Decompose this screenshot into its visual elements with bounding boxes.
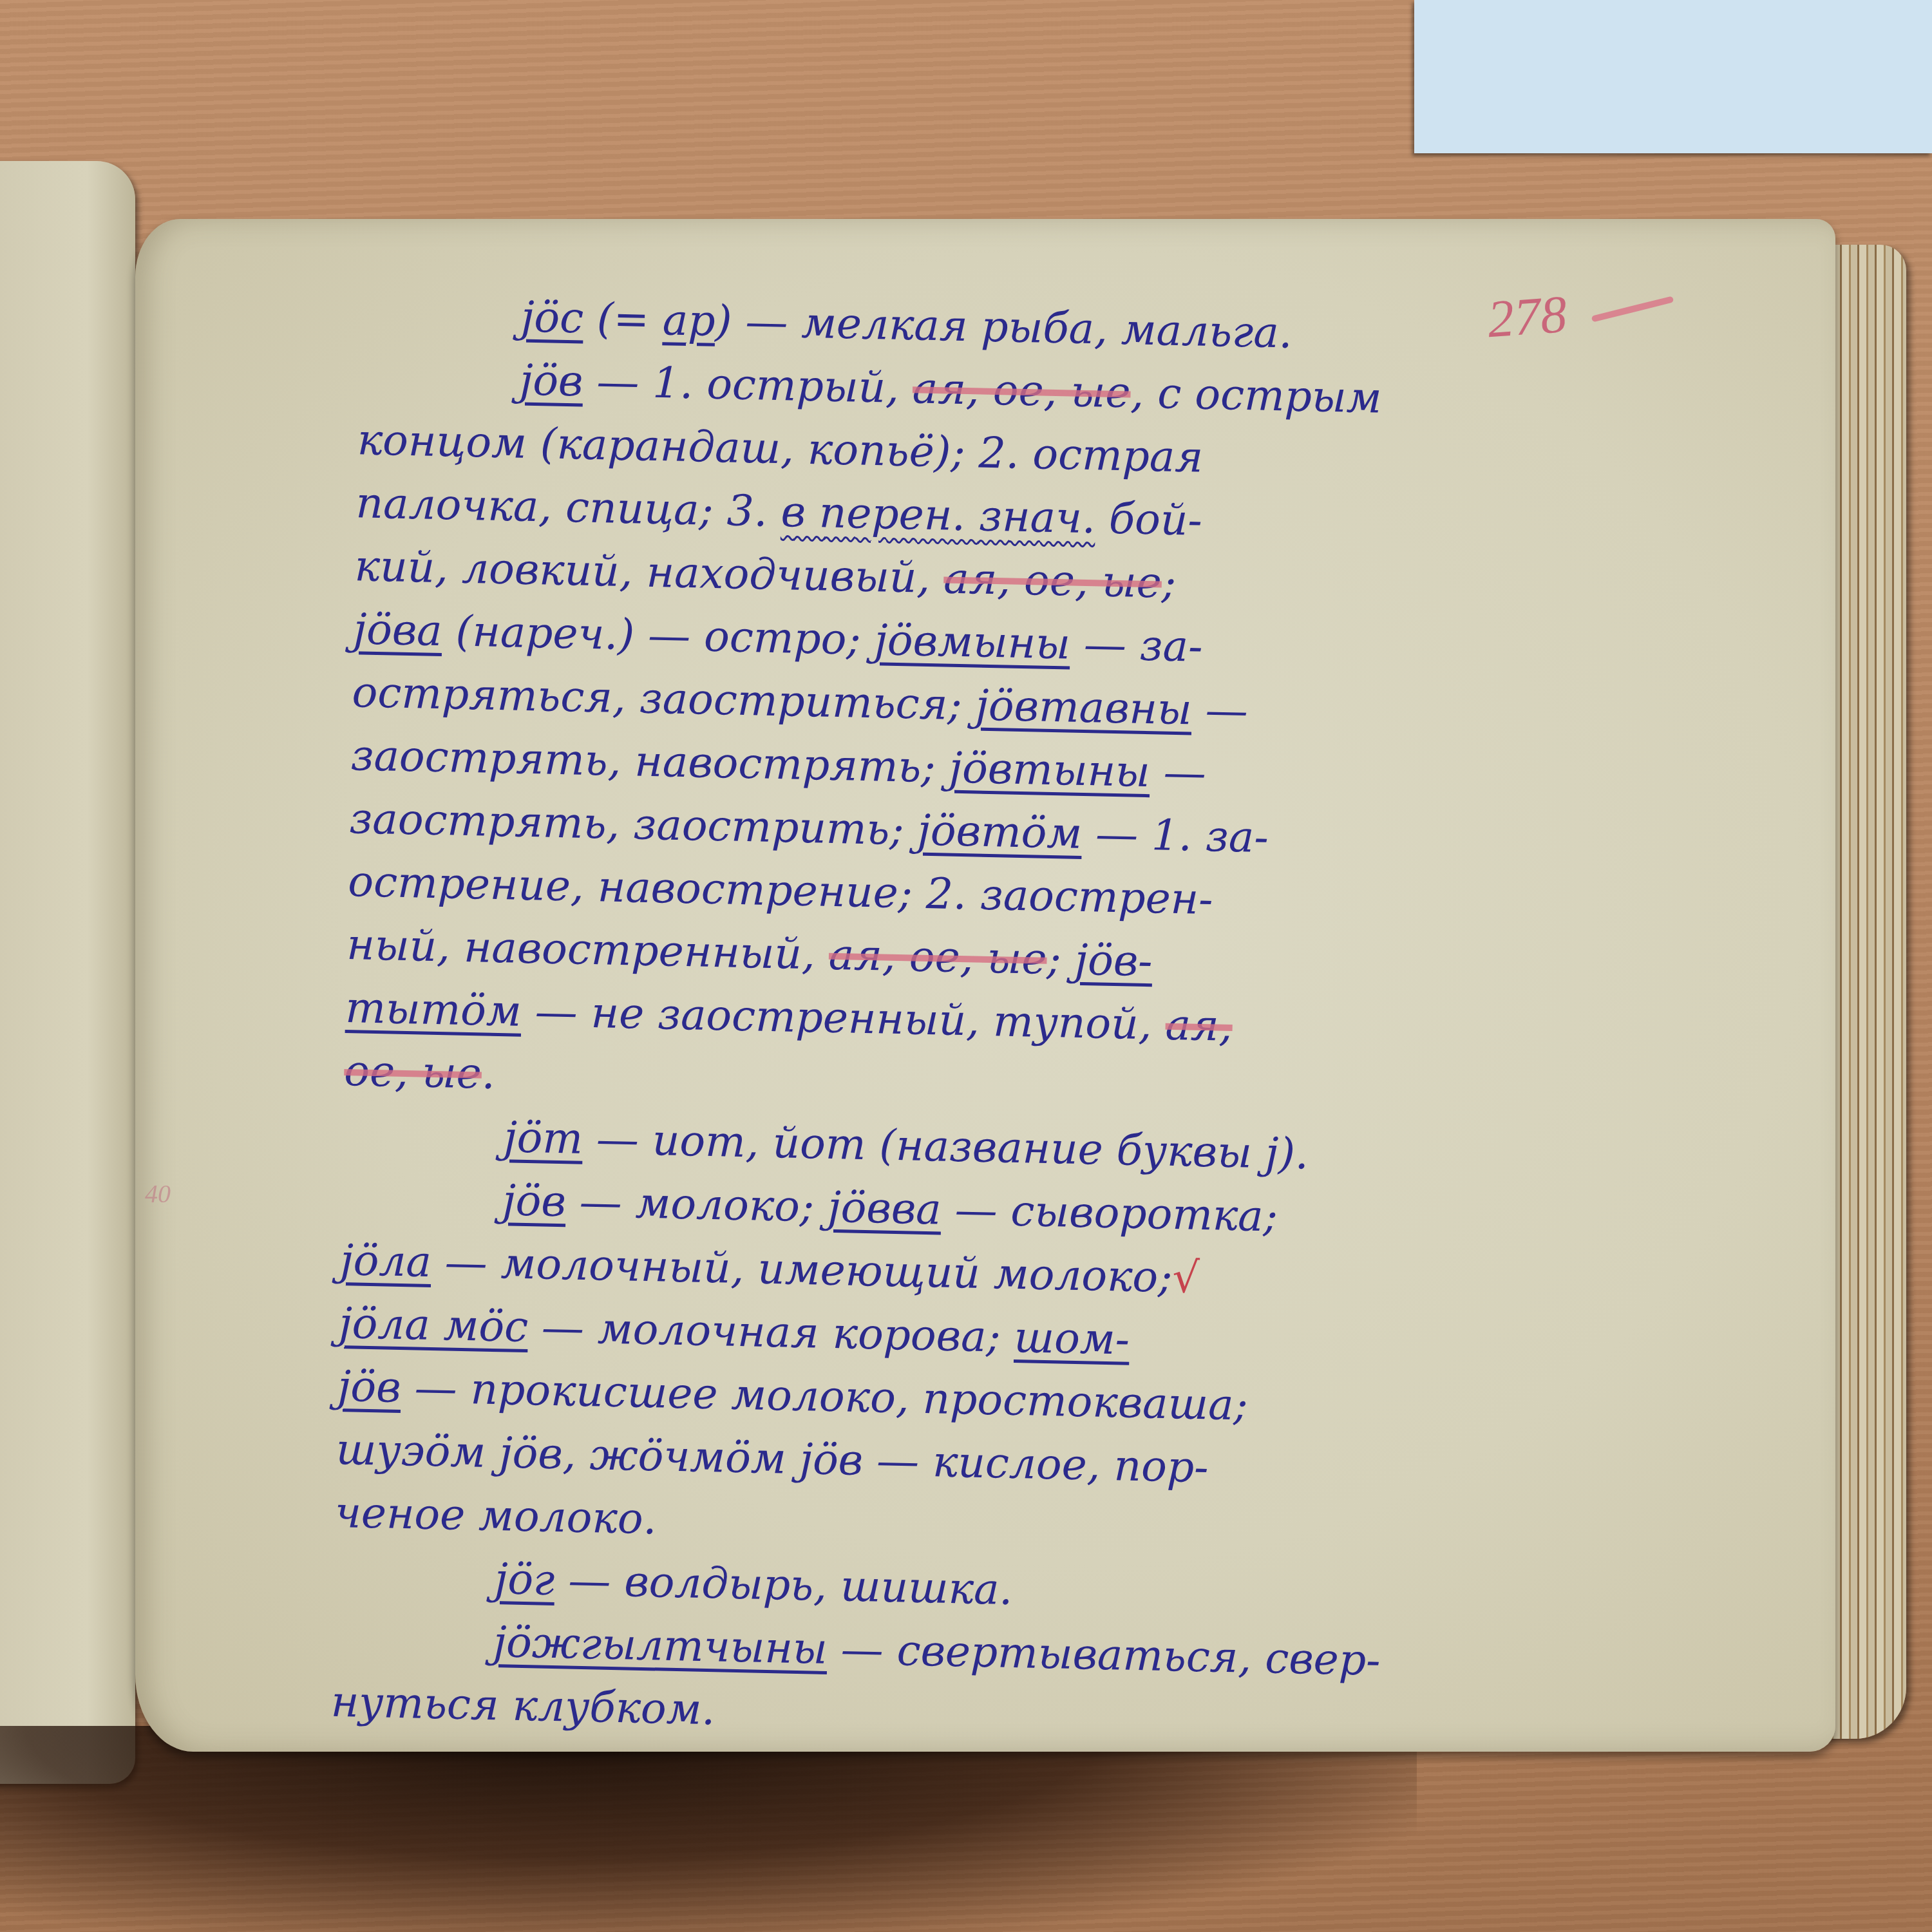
definition-text: заострять, заострить; — [349, 793, 918, 855]
usage-label: в перен. знач. — [781, 487, 1096, 543]
red-check-mark: √ — [1172, 1253, 1200, 1303]
definition-text: — волдырь, шишка. — [554, 1555, 1014, 1615]
headword: тытöм — [345, 983, 522, 1036]
cross-reference: ар — [662, 295, 715, 346]
dictionary-entries: jöс (= ар) — мелкая рыба, мальга. jöв — … — [382, 283, 1790, 1763]
headword: шом- — [1014, 1312, 1130, 1365]
definition-text: — молоко; — [565, 1177, 828, 1231]
definition-text: ; — [1161, 558, 1177, 607]
definition-text: — молочный, имеющий молоко; — [431, 1237, 1173, 1302]
definition-text: ) — мелкая рыба, мальга. — [715, 296, 1293, 358]
definition-text: шуэöм jöв, жöчмöм jöв — кислое, пор- — [336, 1425, 1209, 1492]
definition-text: нуться клубком. — [330, 1677, 715, 1734]
definition-text: палочка, спица; 3. — [355, 478, 781, 536]
headword: jöв — [502, 1175, 566, 1226]
struck-endings: ая, ое, ые — [828, 930, 1047, 984]
headword: jöв — [519, 355, 583, 406]
struck-endings: ое, ые — [344, 1046, 482, 1098]
definition-text: — иот, йот (название буквы j). — [582, 1114, 1309, 1179]
definition-text: . — [481, 1049, 496, 1099]
definition-text: — 1. за- — [1081, 809, 1269, 862]
definition-text: ченое молоко. — [334, 1488, 657, 1544]
margin-note: 40 — [145, 1179, 171, 1209]
definition-text: заострять, навострять; — [350, 730, 950, 792]
headword: jöвтöм — [917, 806, 1083, 858]
definition-text: — за- — [1070, 620, 1203, 672]
headword: jöла мöс — [338, 1298, 529, 1352]
definition-text: — не заостренный, тупой, — [521, 987, 1166, 1050]
definition-text: (нареч.) — остро; — [442, 606, 875, 665]
definition-text: — сыворотка; — [941, 1185, 1278, 1242]
definition-text: ; — [1046, 934, 1075, 985]
definition-text: — свертываться, свер- — [827, 1624, 1381, 1685]
headword: jöг — [494, 1554, 555, 1605]
headword: jöва — [353, 604, 443, 656]
struck-endings: ая, ое, ые — [943, 553, 1162, 607]
definition-text: концом (карандаш, копьё); 2. острая — [357, 415, 1204, 482]
headword: jöв- — [1074, 935, 1153, 987]
definition-text: ный, навостренный, — [346, 920, 829, 980]
struck-endings: ая, ое, ые — [912, 363, 1131, 417]
headword: jöт — [503, 1112, 583, 1164]
left-page-edge — [0, 161, 135, 1784]
definition-text: — молочная корова; — [527, 1302, 1014, 1362]
definition-text: острение, навострение; 2. заострен- — [348, 857, 1214, 924]
definition-text: (= — [583, 294, 663, 345]
headword: jöвтыны — [949, 743, 1151, 797]
headword: jöла — [339, 1235, 431, 1287]
headword: jöв — [337, 1361, 401, 1412]
headword: jöвмыны — [874, 615, 1071, 668]
definition-text: кий, ловкий, находчивый, — [354, 541, 944, 603]
headword: jöвва — [827, 1182, 942, 1235]
struck-endings: ая, — [1165, 1000, 1233, 1051]
book-shadow — [0, 1726, 1417, 1932]
definition-text: — прокисшее молоко, простокваша; — [401, 1363, 1249, 1430]
definition-text: — 1. острый, — [583, 357, 913, 413]
definition-text: — — [1191, 685, 1249, 736]
blue-paper-sheet — [1414, 0, 1932, 153]
headword: jöжгылтчыны — [493, 1617, 828, 1674]
definition-text: остряться, заостриться; — [352, 667, 976, 730]
definition-text: — — [1150, 747, 1207, 798]
definition-text: , с острым — [1130, 368, 1382, 422]
definition-text: бой- — [1095, 493, 1202, 545]
headword: jöвтавны — [975, 680, 1193, 734]
headword: jöс — [520, 292, 584, 343]
